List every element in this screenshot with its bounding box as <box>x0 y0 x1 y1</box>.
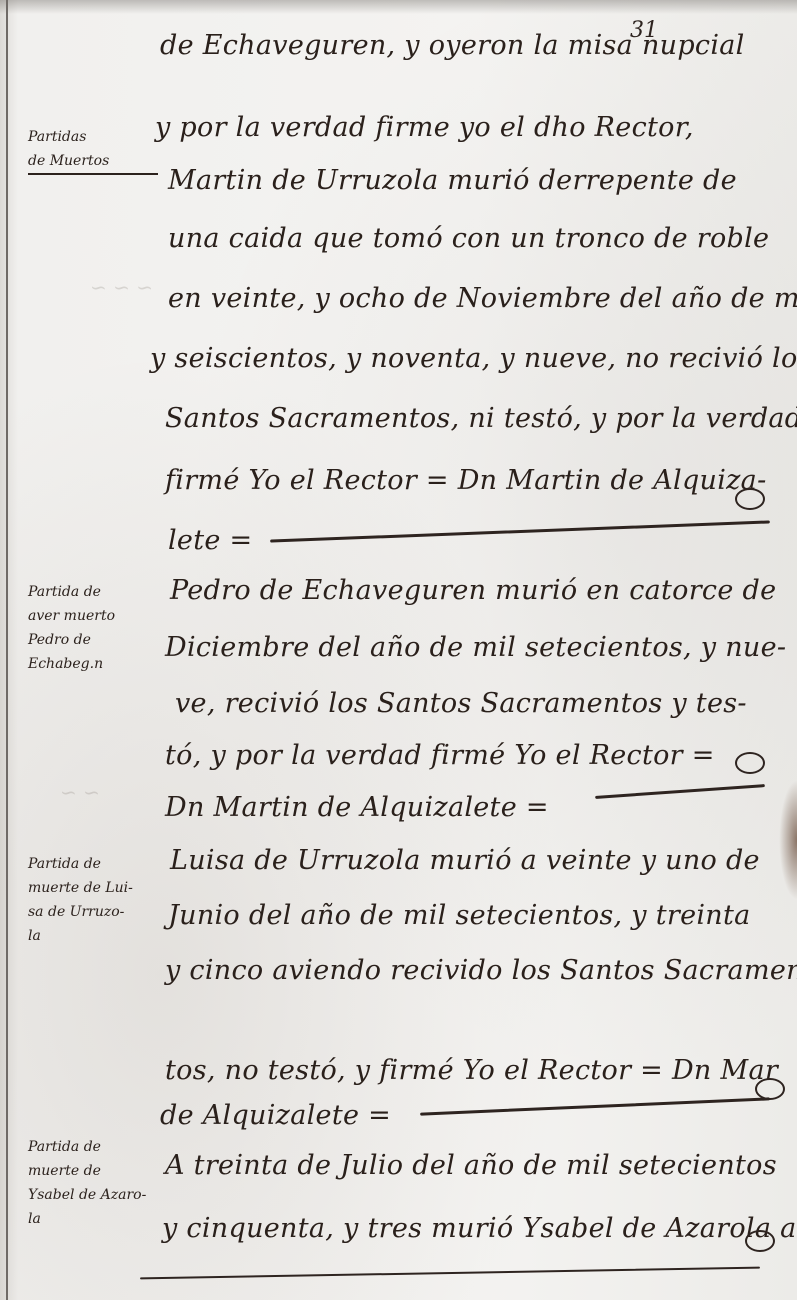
margin-note-entry-luisa: Partida de muerte de Lui- sa de Urruzo- … <box>28 852 158 948</box>
bleed-through: ~ ~ <box>60 780 100 804</box>
entry-separator-rule <box>595 784 765 799</box>
text-line: Dn Martin de Alquizalete = <box>165 792 549 823</box>
text-line: Martin de Urruzola murió derrepente de <box>168 165 737 196</box>
text-line: tos, no testó, y firmé Yo el Rector = Dn… <box>165 1055 778 1086</box>
scan-top-shadow <box>0 0 797 14</box>
margin-note-entry-ysabel: Partida de muerte de Ysabel de Azaro- la <box>28 1135 158 1231</box>
margin-note-line: Echabeg.n <box>28 652 158 676</box>
margin-note-line: la <box>28 924 158 948</box>
thumb-shadow <box>779 780 797 900</box>
margin-note-line: Ysabel de Azaro- <box>28 1183 158 1207</box>
margin-note-line: la <box>28 1207 158 1231</box>
margin-note-line: de Muertos <box>28 149 158 175</box>
margin-note-line: Partida de <box>28 580 158 604</box>
rule-flourish <box>755 1078 785 1100</box>
text-line: ve, recivió los Santos Sacramentos y tes… <box>175 688 747 719</box>
text-line: en veinte, y ocho de Noviembre del año d… <box>168 283 797 314</box>
text-line: Diciembre del año de mil setecientos, y … <box>165 632 786 663</box>
text-line: y cinquenta, y tres murió Ysabel de Azar… <box>162 1213 797 1244</box>
margin-note-line: Partidas <box>28 125 158 149</box>
entry-separator-rule <box>270 520 770 542</box>
bleed-through: ~ ~ ~ <box>90 275 153 299</box>
manuscript-page: ~ ~ ~ ~ ~ 31 de Echaveguren, y oyeron la… <box>0 0 797 1300</box>
text-line: Luisa de Urruzola murió a veinte y uno d… <box>170 845 760 876</box>
margin-note-entry-pedro: Partida de aver muerto Pedro de Echabeg.… <box>28 580 158 676</box>
margin-note-line: Partida de <box>28 1135 158 1159</box>
text-line: y cinco aviendo recivido los Santos Sacr… <box>165 955 797 986</box>
entry-separator-rule <box>420 1097 770 1115</box>
margin-note-line: aver muerto <box>28 604 158 628</box>
rule-flourish <box>735 752 765 774</box>
text-line: A treinta de Julio del año de mil seteci… <box>165 1150 777 1181</box>
rule-flourish <box>735 488 765 510</box>
margin-note-line: muerte de Lui- <box>28 876 158 900</box>
text-line: tó, y por la verdad firmé Yo el Rector = <box>165 740 715 771</box>
rule-flourish <box>745 1230 775 1252</box>
margin-note-line: sa de Urruzo- <box>28 900 158 924</box>
text-line: y por la verdad firme yo el dho Rector, <box>155 112 694 143</box>
text-line: una caida que tomó con un tronco de robl… <box>168 223 769 254</box>
margin-note-line: muerte de <box>28 1159 158 1183</box>
text-line: de Echaveguren, y oyeron la misa nupcial <box>160 30 745 61</box>
margin-note-section-heading: Partidas de Muertos <box>28 125 158 175</box>
text-line: lete = <box>168 525 252 556</box>
text-line: Junio del año de mil setecientos, y trei… <box>168 900 751 931</box>
text-line: y seiscientos, y noventa, y nueve, no re… <box>150 343 797 374</box>
text-line: Santos Sacramentos, ni testó, y por la v… <box>165 403 797 434</box>
text-line: Pedro de Echaveguren murió en catorce de <box>170 575 776 606</box>
margin-note-line: Partida de <box>28 852 158 876</box>
text-line: de Alquizalete = <box>160 1100 391 1131</box>
margin-note-line: Pedro de <box>28 628 158 652</box>
text-line: firmé Yo el Rector = Dn Martin de Alquiz… <box>165 465 767 496</box>
entry-separator-rule <box>140 1267 760 1280</box>
page-binding-edge <box>6 0 8 1300</box>
